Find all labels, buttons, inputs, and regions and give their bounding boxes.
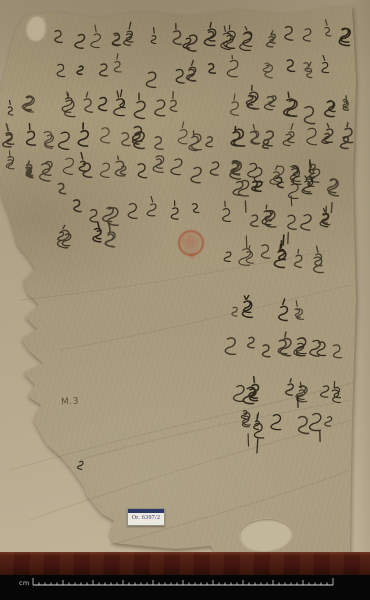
shelfmark-text: Or. 6397/2 <box>128 515 164 522</box>
pencil-annotation: M.3 <box>61 397 79 408</box>
shelfmark-label: Or. 6397/2 <box>127 508 165 526</box>
manuscript-photograph: M.3 Or. 6397/2 cm <box>0 0 370 600</box>
scale-unit-label: cm <box>19 579 30 587</box>
red-seal-stamp <box>178 230 204 256</box>
label-stripe <box>128 509 164 513</box>
torn-hole <box>238 516 294 555</box>
black-backdrop <box>0 575 370 600</box>
table-edge <box>0 552 370 575</box>
fragment-shadow-wrap <box>0 0 370 600</box>
manuscript-fragment <box>0 0 370 600</box>
torn-notch <box>26 15 46 41</box>
